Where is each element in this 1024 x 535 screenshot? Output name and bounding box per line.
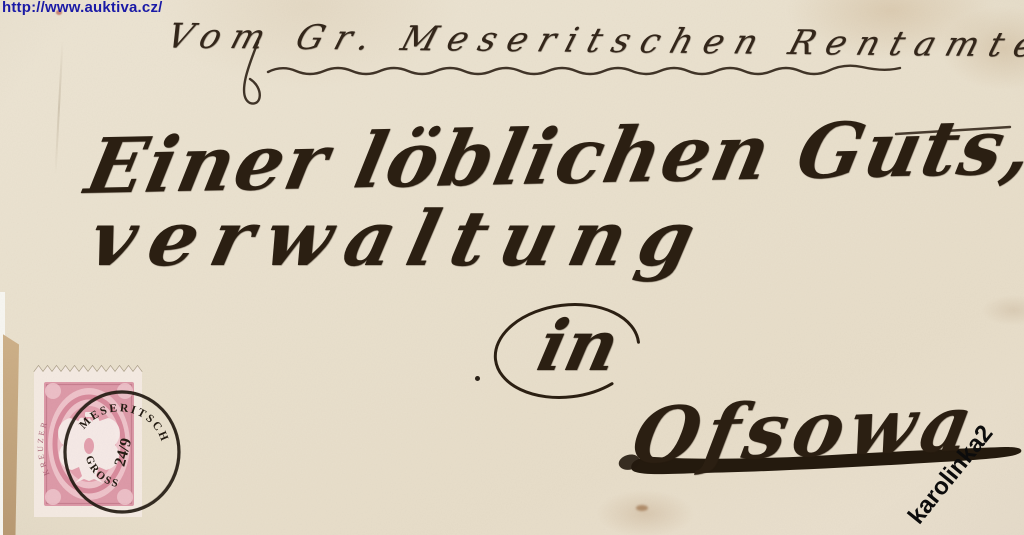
address-line-4: Ofsowa bbox=[626, 378, 986, 481]
address-line-2: verwaltung bbox=[82, 194, 717, 283]
scanned-envelope: KREUZER MESERITSCH GROSS 24/9 Vom Gr. Me… bbox=[0, 0, 1024, 535]
ink-speck bbox=[475, 376, 480, 381]
auction-url-watermark: http://www.auktiva.cz/ bbox=[2, 0, 163, 16]
stain-speck bbox=[636, 505, 648, 511]
